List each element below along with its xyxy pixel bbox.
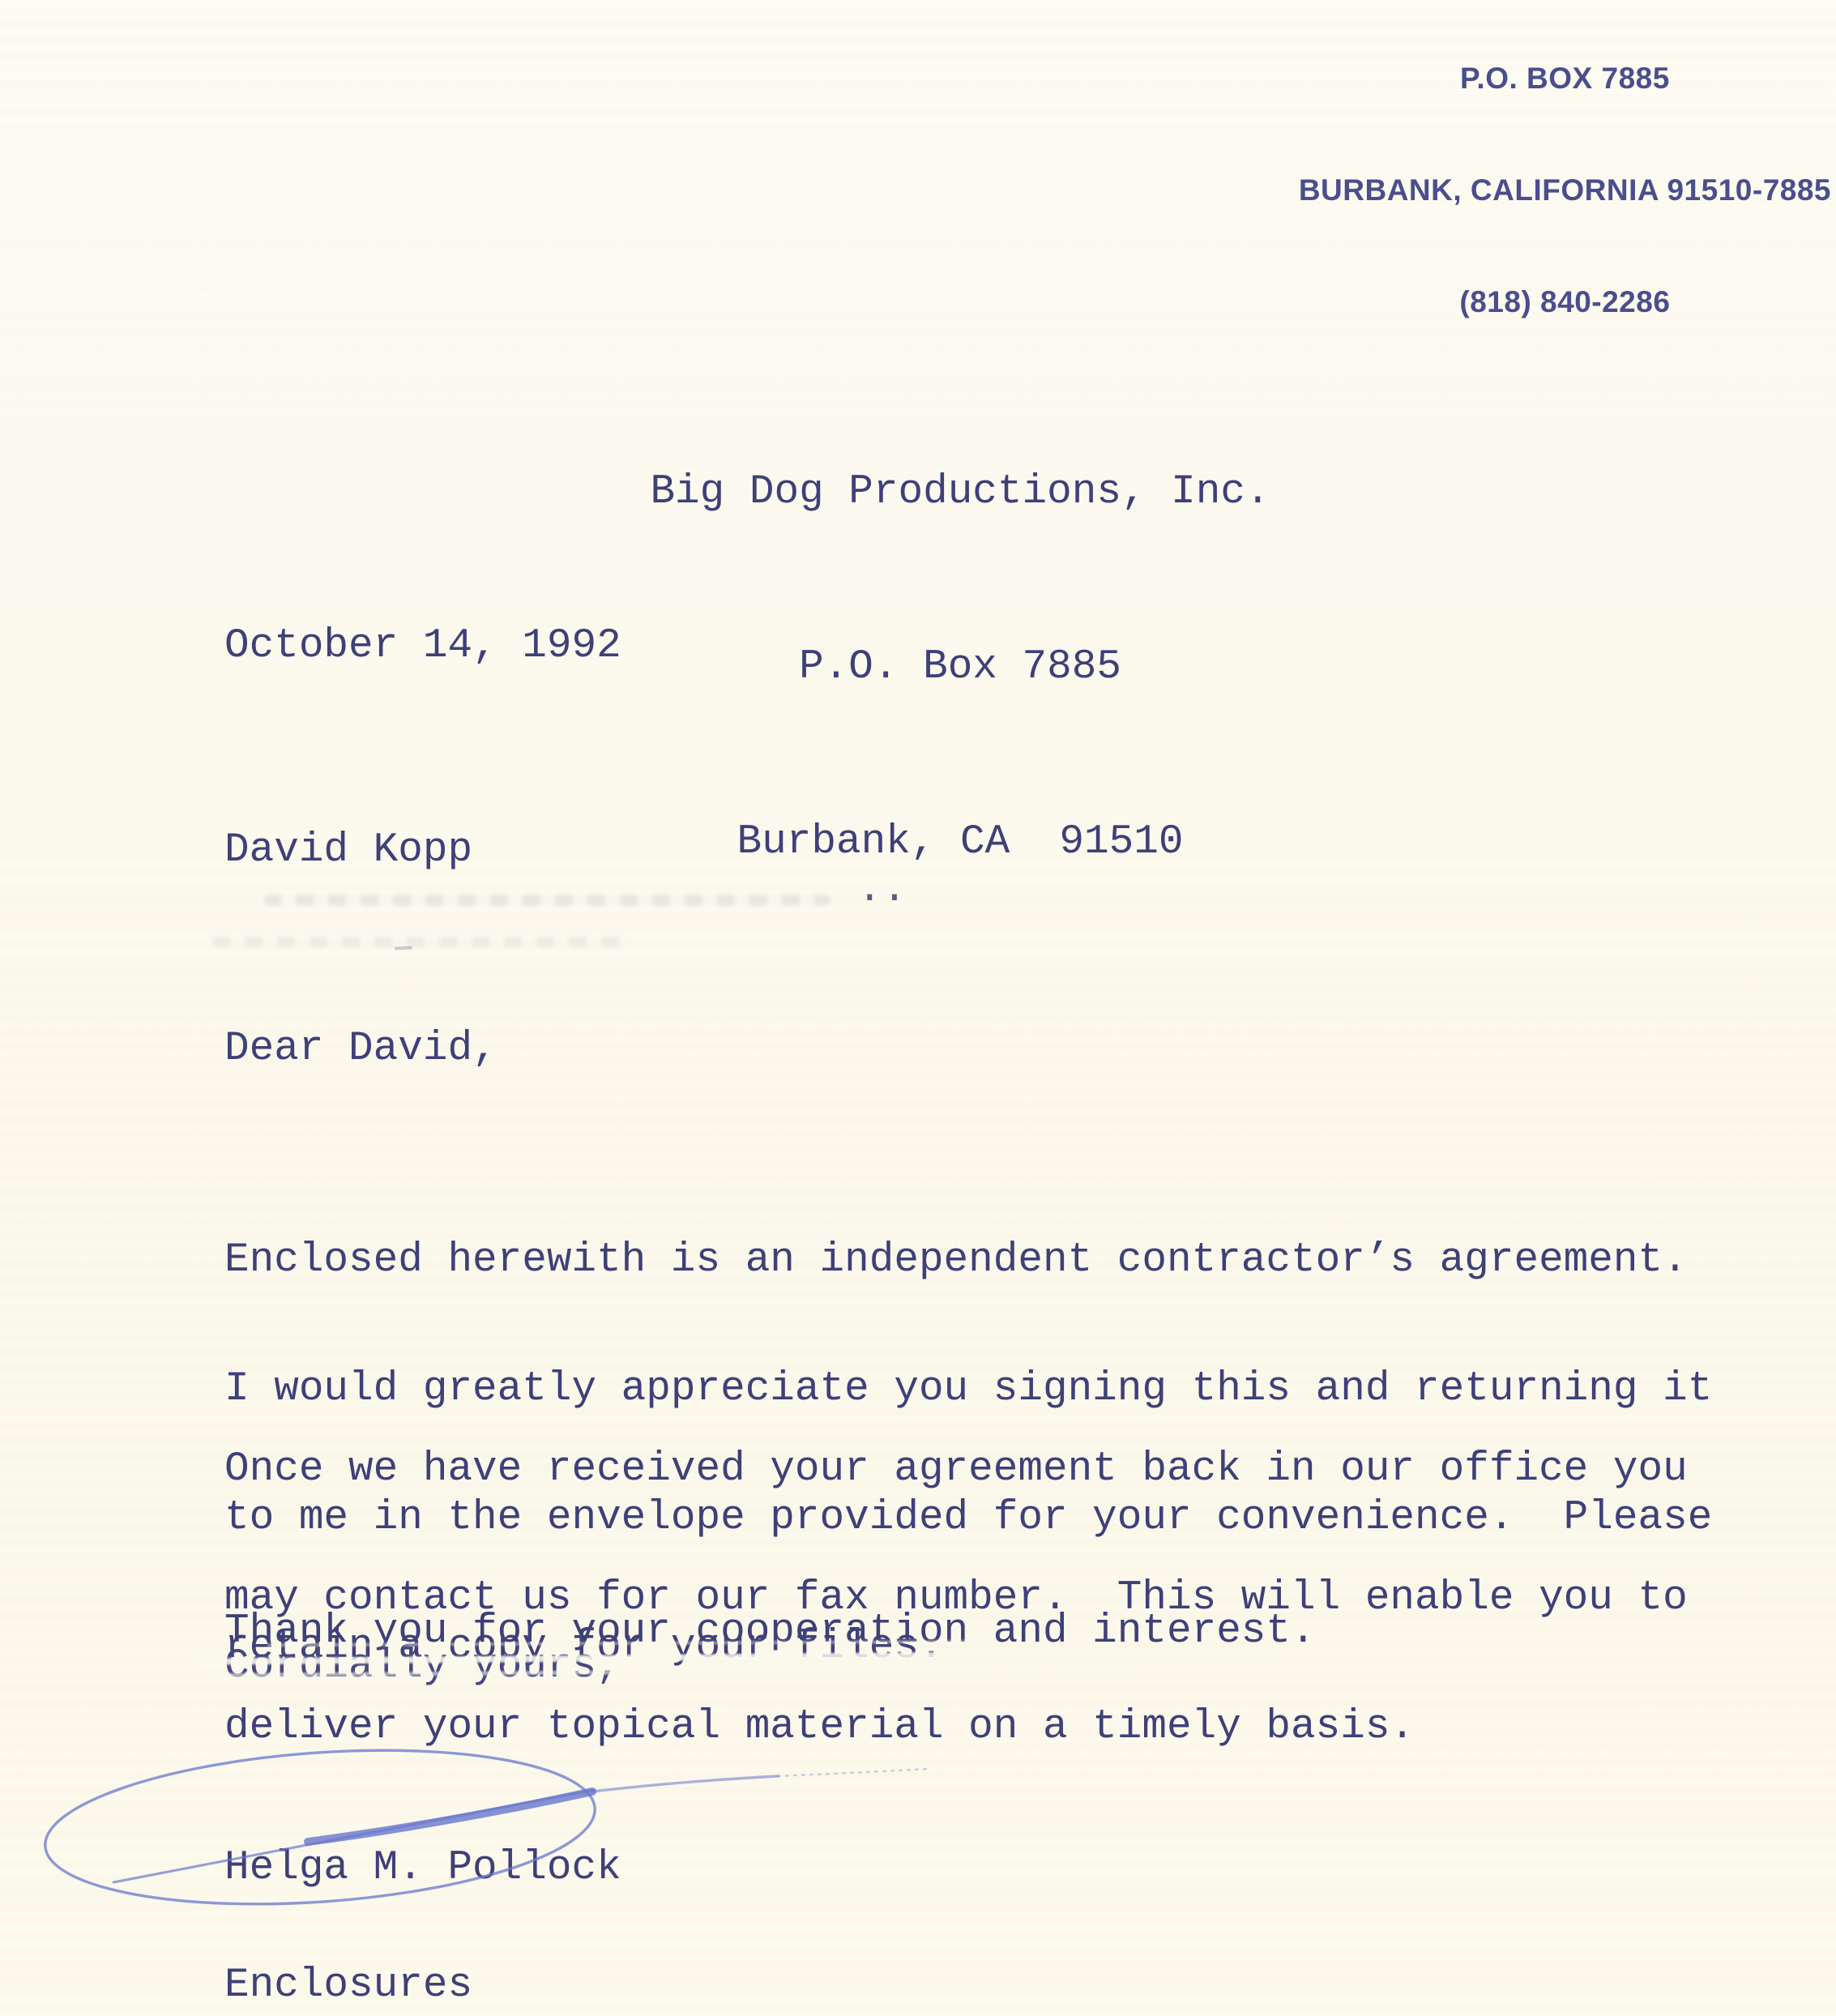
company-city-line: Burbank, CA 91510: [644, 814, 1276, 872]
date-line: October 14, 1992: [224, 625, 621, 668]
company-po-line: P.O. Box 7885: [644, 639, 1276, 697]
enclosures-note: Enclosures: [224, 1964, 472, 2007]
stray-ink-dash: [395, 946, 412, 950]
erased-address-line-1: [263, 895, 830, 906]
stray-ink-dots: ..: [857, 869, 907, 912]
letterhead-po-box: P.O. BOX 7885: [1299, 60, 1831, 97]
closing-line: Cordially yours,: [224, 1645, 621, 1688]
body-line: Once we have received your agreement bac…: [224, 1448, 1688, 1491]
letterhead-address: P.O. BOX 7885 BURBANK, CALIFORNIA 91510-…: [1299, 0, 1831, 395]
body-paragraph-3: Thank you for your cooperation and inter…: [224, 1524, 1316, 1739]
recipient-name: David Kopp: [224, 829, 472, 872]
erased-address-line-2: [212, 937, 630, 947]
signature-name: Helga M. Pollock: [224, 1847, 621, 1890]
company-name-line: Big Dog Productions, Inc.: [644, 463, 1276, 522]
letter-page: P.O. BOX 7885 BURBANK, CALIFORNIA 91510-…: [0, 0, 1836, 2016]
salutation: Dear David,: [224, 1027, 497, 1070]
letterhead-city-line: BURBANK, CALIFORNIA 91510-7885: [1299, 172, 1831, 209]
letterhead-phone: (818) 840-2286: [1299, 284, 1831, 321]
company-address-block: Big Dog Productions, Inc. P.O. Box 7885 …: [644, 347, 1276, 989]
body-line: Enclosed herewith is an independent cont…: [224, 1239, 1712, 1282]
